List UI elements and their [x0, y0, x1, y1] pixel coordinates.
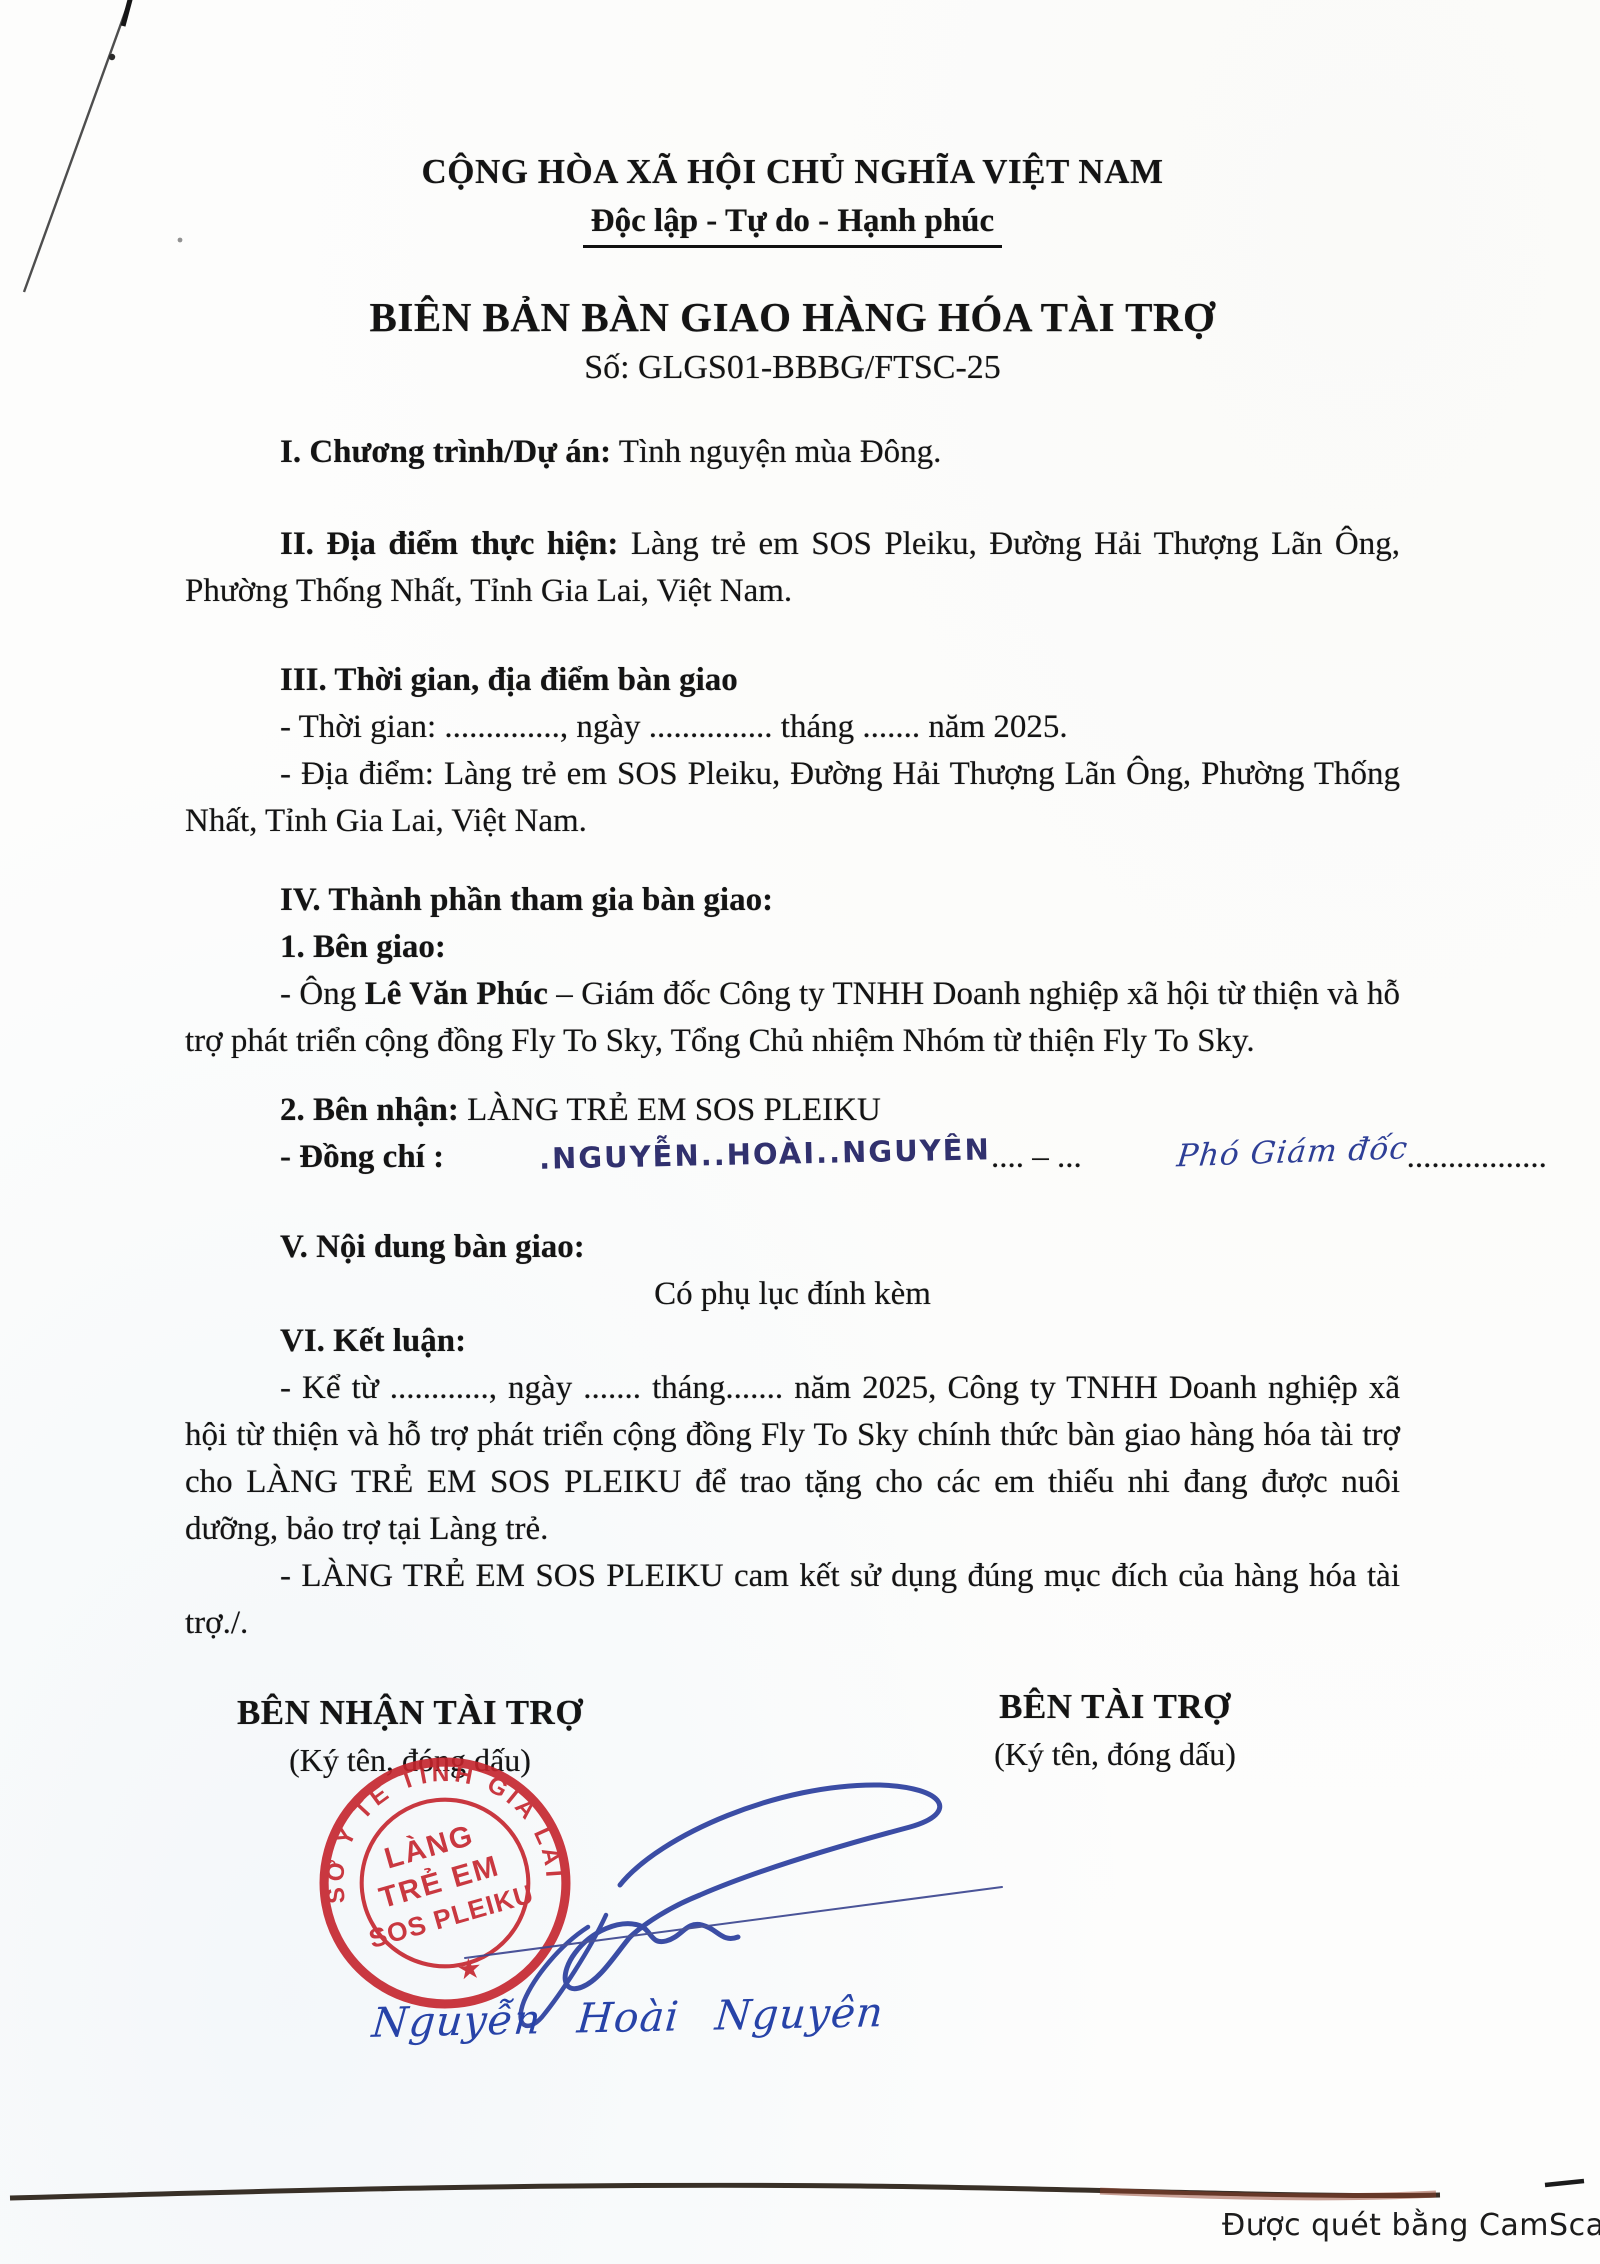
section-4-comrade-line: - Đồng chí :.NGUYỄN..HOÀI..NGUYÊN.... – …: [185, 1134, 1400, 1181]
section-6-paragraph-2: - LÀNG TRẺ EM SOS PLEIKU cam kết sử dụng…: [185, 1553, 1400, 1647]
signature-block-sponsor: BÊN TÀI TRỢ (Ký tên, đóng dấu): [930, 1686, 1300, 1774]
section-3-heading: III. Thời gian, địa điểm bàn giao: [185, 657, 1400, 704]
signature-loop: [620, 1785, 940, 1937]
crease-line-dark-tip: [123, 0, 131, 26]
document-body: CỘNG HÒA XÃ HỘI CHỦ NGHĨA VIỆT NAM Độc l…: [185, 150, 1400, 1647]
receiver-signature-title: BÊN NHẬN TÀI TRỢ: [230, 1692, 590, 1734]
ink-speck-small: [178, 238, 183, 243]
section-4-giver-label: 1. Bên giao:: [185, 924, 1400, 971]
section-3-time-line: - Thời gian: .............., ngày ......…: [185, 704, 1400, 751]
national-header: CỘNG HÒA XÃ HỘI CHỦ NGHĨA VIỆT NAM: [185, 150, 1400, 194]
section-1-label: I. Chương trình/Dự án:: [280, 434, 611, 470]
section-3-place-line: - Địa điểm: Làng trẻ em SOS Pleiku, Đườn…: [185, 751, 1400, 845]
document-number: Số: GLGS01-BBBG/FTSC-25: [185, 344, 1400, 391]
ink-speck: [109, 54, 115, 60]
section-4-receiver-line: 2. Bên nhận: LÀNG TRẺ EM SOS PLEIKU: [185, 1087, 1400, 1134]
section-1-program: I. Chương trình/Dự án: Tình nguyện mùa Đ…: [185, 429, 1400, 476]
section-2-location: II. Địa điểm thực hiện: Làng trẻ em SOS …: [185, 521, 1400, 615]
section-5-text: Có phụ lục đính kèm: [185, 1271, 1400, 1318]
section-2-label: II. Địa điểm thực hiện:: [280, 526, 618, 562]
signature-underline: [465, 1887, 1002, 1958]
giver-name: Lê Văn Phúc: [365, 976, 548, 1012]
camscanner-watermark: Được quét bằng CamScanner: [1222, 2208, 1600, 2243]
national-motto: Độc lập - Tự do - Hạnh phúc: [185, 200, 1400, 248]
paper-bottom-edge-tint: [1100, 2191, 1436, 2197]
handwritten-signer-name: Nguyễn Hoài Nguyên: [370, 1989, 834, 2047]
section-6-paragraph-1: - Kể từ ............, ngày ....... tháng…: [185, 1365, 1400, 1553]
section-5-heading: V. Nội dung bàn giao:: [185, 1224, 1400, 1271]
handwritten-comrade-name: .NGUYỄN..HOÀI..NGUYÊN: [444, 1126, 992, 1184]
crease-line: [24, 0, 131, 292]
paper-bottom-edge: [10, 2185, 1440, 2198]
sponsor-signature-title: BÊN TÀI TRỢ: [930, 1686, 1300, 1728]
receiver-name: LÀNG TRẺ EM SOS PLEIKU: [459, 1092, 881, 1128]
section-4-heading: IV. Thành phần tham gia bàn giao:: [185, 877, 1400, 924]
section-1-text: Tình nguyện mùa Đông.: [611, 434, 941, 470]
section-4-giver-paragraph: - Ông Lê Văn Phúc – Giám đốc Công ty TNH…: [185, 971, 1400, 1065]
scanned-document-page: CỘNG HÒA XÃ HỘI CHỦ NGHĨA VIỆT NAM Độc l…: [0, 0, 1600, 2264]
document-title: BIÊN BẢN BÀN GIAO HÀNG HÓA TÀI TRỢ: [185, 292, 1400, 342]
paper-edge-dash: [1545, 2181, 1584, 2185]
handwritten-comrade-title: Phó Giám đốc: [1079, 1125, 1410, 1183]
section-6-heading: VI. Kết luận:: [185, 1318, 1400, 1365]
